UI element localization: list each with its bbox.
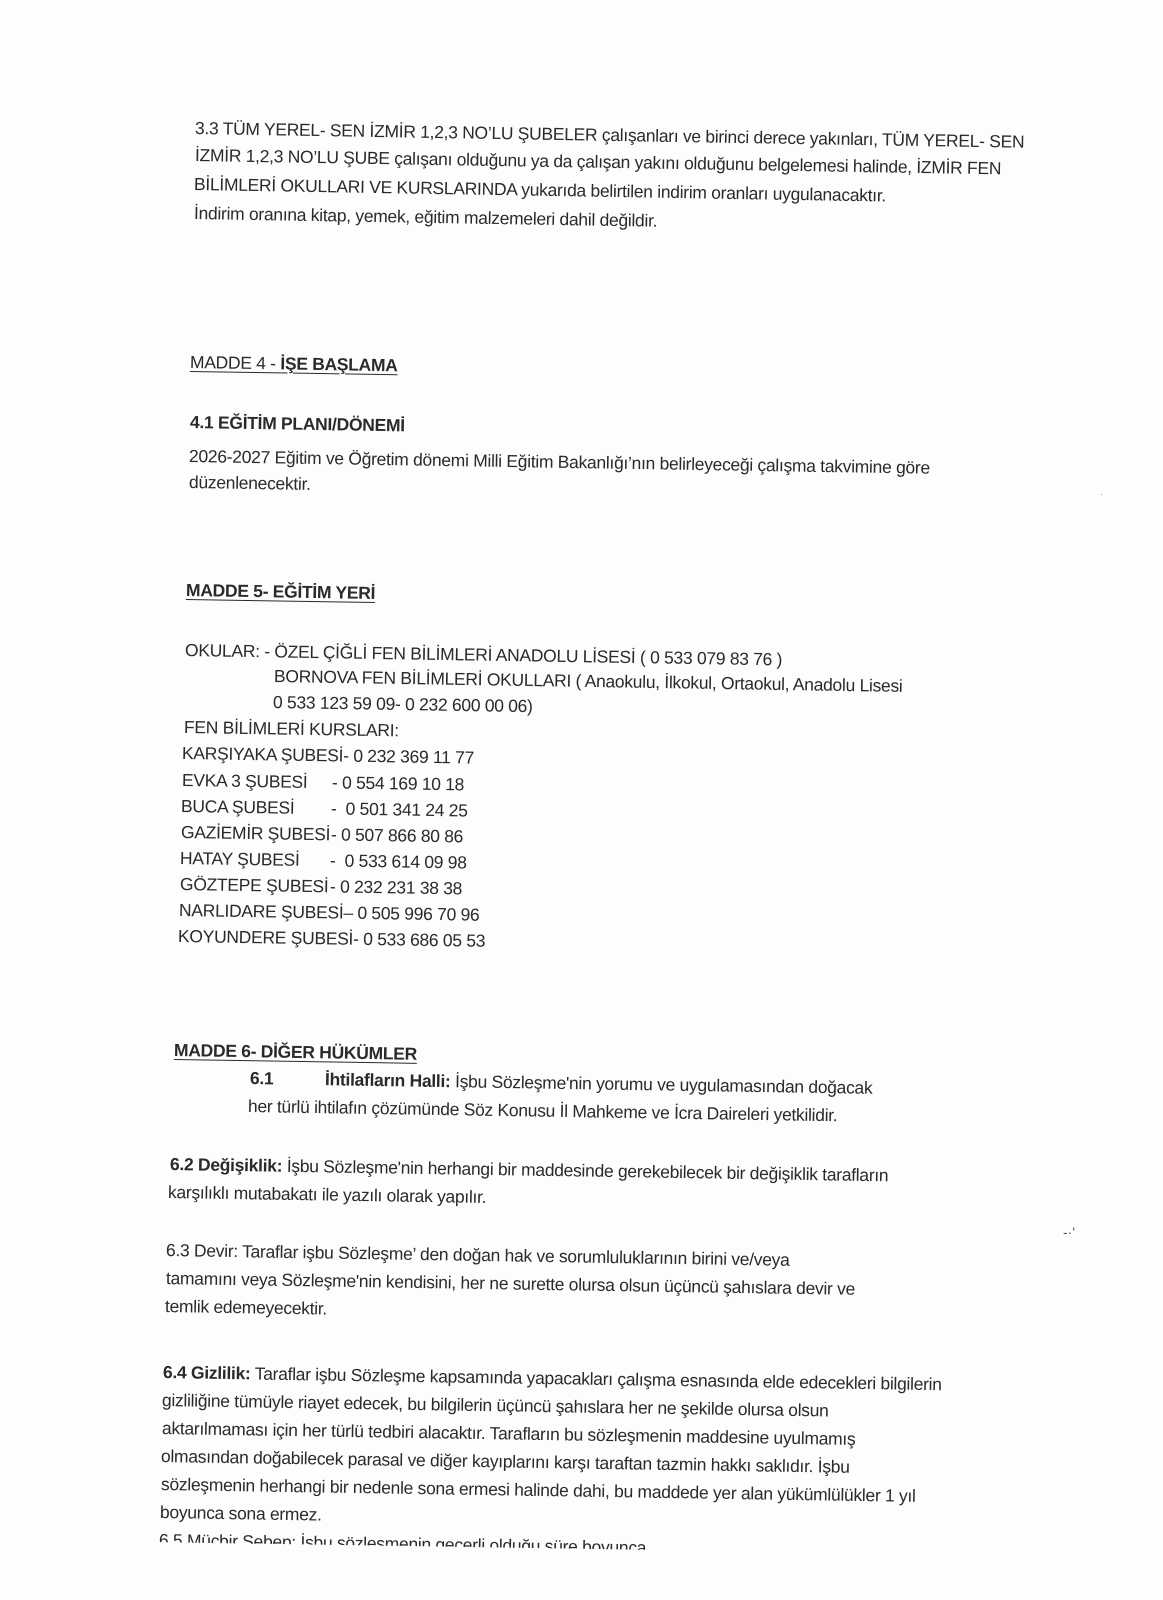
- madde-4-heading-bold: İŞE BAŞLAMA: [280, 353, 398, 375]
- section-6-4-line-3: aktarılmaması için her türlü tedbiri ala…: [162, 1418, 856, 1450]
- section-6-2-text: İşbu Sözleşme'nin herhangi bir maddesind…: [282, 1156, 888, 1186]
- section-6-1-line-2: her türlü ihtilafın çözümünde Söz Konusu…: [248, 1096, 838, 1126]
- section-6-2-line-2: karşılıklı mutabakatı ile yazılı olarak …: [168, 1182, 487, 1208]
- madde-4-1-title: 4.1 EĞİTİM PLANI/DÖNEMİ: [190, 412, 405, 435]
- branch-phone: 0 505 996 70 96: [357, 903, 479, 925]
- branch-separator: -: [331, 798, 346, 818]
- branch-separator: -: [330, 876, 340, 896]
- branch-phone: 0 554 169 10 18: [342, 773, 464, 795]
- madde-5-heading: MADDE 5- EĞİTİM YERİ: [186, 580, 375, 604]
- section-6-4-line-1: 6.4 Gizlilik: Taraflar işbu Sözleşme kap…: [163, 1362, 942, 1395]
- section-6-3-line-1: 6.3 Devir: Taraflar işbu Sözleşme’ den d…: [166, 1240, 790, 1271]
- branch-name: EVKA 3 ŞUBESİ: [182, 770, 332, 793]
- section-6-2-line-1: 6.2 Değişiklik: İşbu Sözleşme'nin herhan…: [170, 1154, 889, 1186]
- branch-row: KARŞIYAKA ŞUBESİ- 0 232 369 11 77: [182, 743, 474, 769]
- branch-phone: 0 533 614 09 98: [344, 851, 466, 873]
- section-6-4-line-5: sözleşmenin herhangi bir nedenle sona er…: [161, 1474, 916, 1507]
- section-6-3-line-3: temlik edemeyecektir.: [165, 1296, 327, 1320]
- okul-bornova: BORNOVA FEN BİLİMLERİ OKULLARI ( Anaokul…: [274, 666, 903, 697]
- kurslar-label: FEN BİLİMLERİ KURSLARI:: [184, 717, 399, 741]
- section-6-1-text: İşbu Sözleşme'nin yorumu ve uygulamasınd…: [450, 1071, 872, 1098]
- madde-4-1-line-2: düzenlenecektir.: [189, 472, 311, 495]
- branch-separator: –: [343, 903, 357, 923]
- section-6-1-number: 6.1: [250, 1068, 325, 1090]
- madde-6-heading-text: MADDE 6- DİĞER HÜKÜMLER: [174, 1040, 417, 1064]
- branch-row: GAZİEMİR ŞUBESİ- 0 507 866 80 86: [181, 822, 463, 847]
- section-6-4-line-2: gizliliğine tümüyle riayet edecek, bu bi…: [162, 1390, 829, 1421]
- scanned-document-page: 3.3 TÜM YEREL- SEN İZMİR 1,2,3 NO’LU ŞUB…: [0, 0, 1163, 1600]
- branch-separator: -: [332, 772, 342, 792]
- section-6-4-line-6: boyunca sona ermez.: [160, 1502, 322, 1526]
- section-3-3-line-3: BİLİMLERİ OKULLARI VE KURSLARINDA yukarı…: [194, 174, 886, 206]
- branch-row: GÖZTEPE ŞUBESİ- 0 232 231 38 38: [180, 874, 462, 899]
- branch-name: KOYUNDERE ŞUBESİ: [178, 926, 353, 950]
- branch-row: BUCA ŞUBESİ- 0 501 341 24 25: [181, 796, 468, 822]
- branch-name: HATAY ŞUBESİ: [180, 848, 330, 871]
- branch-name: GAZİEMİR ŞUBESİ: [181, 822, 331, 845]
- scan-artifact-dot: ·: [1100, 490, 1103, 499]
- branch-row: NARLIDARE ŞUBESİ– 0 505 996 70 96: [179, 900, 480, 926]
- madde-4-heading-prefix: MADDE 4 -: [190, 352, 281, 373]
- branch-name: KARŞIYAKA ŞUBESİ: [182, 743, 344, 767]
- madde-5-heading-text: MADDE 5- EĞİTİM YERİ: [186, 580, 375, 603]
- branch-phone: 0 533 686 05 53: [363, 929, 485, 951]
- okul-bornova-phones: 0 533 123 59 09- 0 232 600 00 06): [273, 692, 533, 717]
- branch-separator: -: [353, 929, 363, 949]
- section-6-4-line-4: olmasından doğabilecek parasal ve diğer …: [161, 1446, 850, 1478]
- okular-label: OKULAR: -: [185, 640, 275, 661]
- branch-row: KOYUNDERE ŞUBESİ- 0 533 686 05 53: [178, 926, 486, 952]
- okul-cigli: ÖZEL ÇİĞLİ FEN BİLİMLERİ ANADOLU LİSESİ …: [274, 641, 782, 669]
- branch-separator: -: [330, 850, 345, 870]
- branch-name: BUCA ŞUBESİ: [181, 796, 331, 819]
- section-6-4-title: 6.4 Gizlilik:: [163, 1362, 251, 1383]
- madde-6-heading: MADDE 6- DİĞER HÜKÜMLER: [174, 1040, 417, 1065]
- branch-name: GÖZTEPE ŞUBESİ: [180, 874, 330, 897]
- section-3-3-line-4: İndirim oranına kitap, yemek, eğitim mal…: [194, 203, 658, 232]
- madde-4-heading: MADDE 4 - İŞE BAŞLAMA: [190, 352, 398, 376]
- branch-name: NARLIDARE ŞUBESİ: [179, 900, 344, 924]
- madde-4-1-subheading: 4.1 EĞİTİM PLANI/DÖNEMİ: [190, 412, 405, 436]
- branch-phone: 0 232 369 11 77: [353, 746, 474, 768]
- section-6-3-line-2: tamamını veya Sözleşme'nin kendisini, he…: [166, 1268, 855, 1300]
- branch-row: HATAY ŞUBESİ- 0 533 614 09 98: [180, 848, 467, 874]
- branch-row: EVKA 3 ŞUBESİ- 0 554 169 10 18: [182, 770, 464, 795]
- section-6-1-line-1: 6.1İhtilafların Halli: İşbu Sözleşme'nin…: [250, 1068, 873, 1099]
- branch-phone: 0 507 866 80 86: [341, 825, 463, 847]
- section-6-5-partial: 6.5 Mücbir Sebep: İşbu sözleşmenin geçer…: [159, 1530, 647, 1559]
- scan-artifact-mark: -·ʹ: [1063, 1224, 1075, 1240]
- section-6-4-text: Taraflar işbu Sözleşme kapsamında yapaca…: [250, 1363, 941, 1394]
- branch-separator: -: [331, 824, 341, 844]
- branch-phone: 0 501 341 24 25: [345, 799, 467, 821]
- branch-phone: 0 232 231 38 38: [340, 877, 462, 899]
- section-6-1-title: İhtilafların Halli:: [325, 1069, 451, 1091]
- section-6-2-title: 6.2 Değişiklik:: [170, 1154, 283, 1176]
